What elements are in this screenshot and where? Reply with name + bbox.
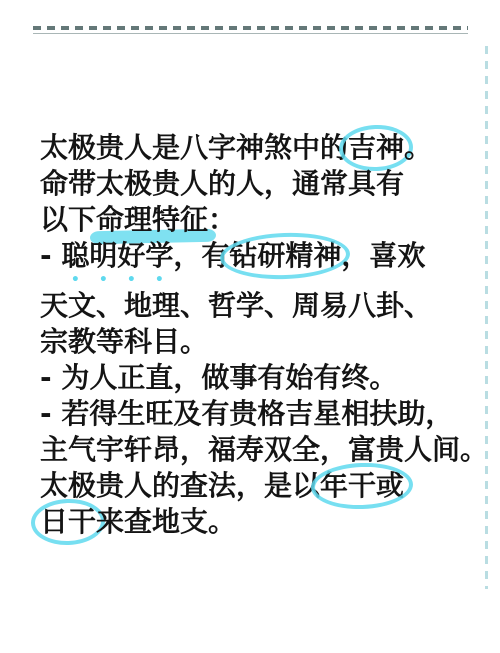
- dashed-line: [33, 26, 468, 30]
- text-segment: - 为人正直，做事有始有终。: [40, 361, 397, 394]
- text-line: 太极贵人的查法，是以年干或: [40, 468, 480, 504]
- highlight-dots: 聪明好学: [61, 239, 173, 272]
- text-line: - 若得生旺及有贵格吉星相扶助，: [40, 396, 480, 432]
- text-line: 天文、地理、哲学、周易八卦、: [40, 288, 480, 324]
- text-line: 太极贵人是八字神煞中的吉神。: [40, 130, 480, 166]
- top-dashed-divider: [33, 26, 468, 34]
- text-segment: - 若得生旺及有贵格吉星相扶助，: [40, 397, 453, 430]
- text-line: 主气宇轩昂，福寿双全，富贵人间。: [40, 432, 480, 468]
- text-line: 命带太极贵人的人，通常具有: [40, 166, 480, 202]
- text-segment: 主气宇轩昂，福寿双全，富贵人间。: [40, 433, 488, 466]
- thin-rule-line: [33, 33, 468, 34]
- highlight-circle: 吉神: [348, 130, 404, 166]
- text-segment: 宗教等科目。: [40, 325, 208, 358]
- highlight-circle: 钻研精神: [229, 238, 341, 274]
- text-card: 太极贵人是八字神煞中的吉神。命带太极贵人的人，通常具有以下命理特征：- 聪明好学…: [0, 0, 500, 653]
- text-segment: ，喜欢: [341, 239, 425, 272]
- highlight-circle: 年干或: [320, 468, 404, 504]
- right-dashed-divider: [485, 46, 488, 589]
- text-segment: 太极贵人是八字神煞中的: [40, 131, 348, 164]
- text-line: - 为人正直，做事有始有终。: [40, 360, 480, 396]
- text-segment: 。: [404, 131, 432, 164]
- text-segment: 天文、地理、哲学、周易八卦、: [40, 289, 432, 322]
- text-segment: -: [40, 239, 61, 272]
- highlight-circle: 日干: [40, 504, 96, 540]
- text-segment: 以下: [40, 203, 96, 236]
- text-segment: 来查地支。: [96, 505, 236, 538]
- text-line: 以下命理特征：: [40, 202, 480, 238]
- text-segment: 命带太极贵人的人，通常具有: [40, 167, 404, 200]
- text-segment: 太极贵人的查法，是以: [40, 469, 320, 502]
- highlight-marker: 命理特征: [96, 202, 208, 238]
- text-segment: ：: [208, 203, 236, 236]
- text-line: 宗教等科目。: [40, 324, 480, 360]
- text-line: 日干来查地支。: [40, 504, 480, 540]
- text-line: - 聪明好学，有钻研精神，喜欢: [40, 238, 480, 288]
- text-segment: ，有: [173, 239, 229, 272]
- article-text: 太极贵人是八字神煞中的吉神。命带太极贵人的人，通常具有以下命理特征：- 聪明好学…: [40, 130, 480, 540]
